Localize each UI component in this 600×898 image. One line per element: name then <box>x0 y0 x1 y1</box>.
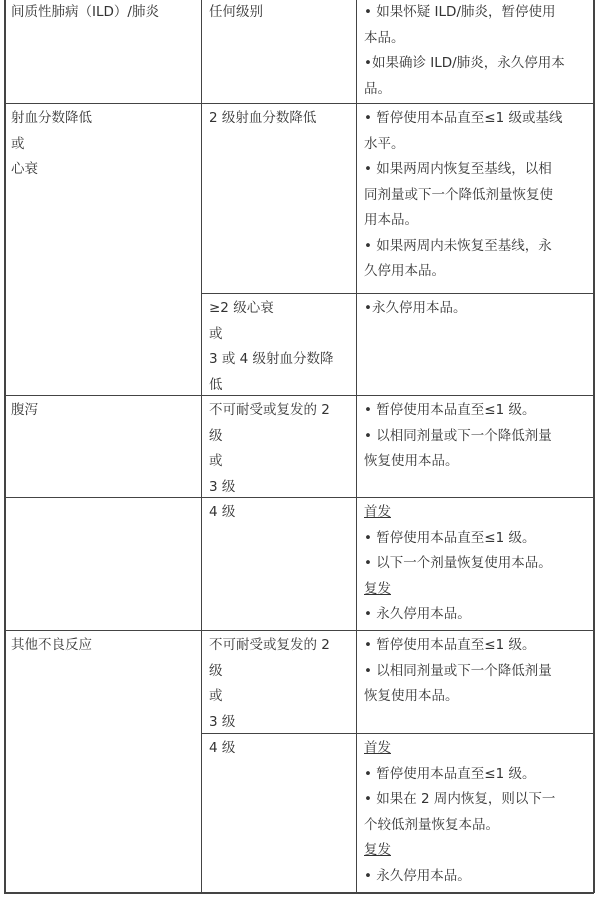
cell-text: • 暂停使用本品直至≤1 级。 <box>364 398 586 424</box>
cell-text: 或 <box>209 449 349 475</box>
cell-text: •永久停用本品。 <box>364 296 586 322</box>
reaction-cell-ef-heart-failure: 射血分数降低 或 心衰 <box>4 106 201 183</box>
reaction-cell-other: 其他不良反应 <box>4 633 201 659</box>
row-divider-1 <box>4 103 594 104</box>
cell-text: 级 <box>209 659 349 685</box>
grade-cell-diarrhea-g2-3: 不可耐受或复发的 2 级 或 3 级 <box>202 398 356 500</box>
border-bottom <box>4 892 594 894</box>
cell-text: 久停用本品。 <box>364 259 586 285</box>
cell-text: 同剂量或下一个降低剂量恢复使 <box>364 183 586 209</box>
cell-text: 水平。 <box>364 132 586 158</box>
cell-text: • 以下一个剂量恢复使用本品。 <box>364 551 586 577</box>
row-divider-2 <box>201 293 594 294</box>
subheading-first-occurrence: 首发 <box>364 736 586 762</box>
row-divider-5 <box>4 630 594 631</box>
cell-text: ≥2 级心衰 <box>209 296 349 322</box>
cell-text: 恢复使用本品。 <box>364 449 586 475</box>
cell-text: 射血分数降低 <box>11 106 194 132</box>
subheading-first-occurrence: 首发 <box>364 500 586 526</box>
cell-text: 低 <box>209 373 349 399</box>
reaction-cell-diarrhea: 腹泻 <box>4 398 201 424</box>
cell-text: 3 级 <box>209 710 349 736</box>
cell-text: 任何级别 <box>209 0 349 26</box>
cell-text: 本品。 <box>364 26 586 52</box>
cell-text: 腹泻 <box>11 398 194 424</box>
cell-text: 2 级射血分数降低 <box>209 106 349 132</box>
subheading-recurrence: 复发 <box>364 577 586 603</box>
cell-text: • 永久停用本品。 <box>364 602 586 628</box>
action-cell-ild: • 如果怀疑 ILD/肺炎，暂停使用 本品。 •如果确诊 ILD/肺炎，永久停用… <box>357 0 593 102</box>
cell-text: 用本品。 <box>364 208 586 234</box>
cell-text: 4 级 <box>209 736 349 762</box>
cell-text: 心衰 <box>11 157 194 183</box>
cell-text: 4 级 <box>209 500 349 526</box>
action-cell-grade2-ef: • 暂停使用本品直至≤1 级或基线 水平。 • 如果两周内恢复至基线，以相 同剂… <box>357 106 593 285</box>
action-cell-diarrhea-g2-3: • 暂停使用本品直至≤1 级。 • 以相同剂量或下一个降低剂量 恢复使用本品。 <box>357 398 593 475</box>
subheading-recurrence: 复发 <box>364 838 586 864</box>
cell-text: • 暂停使用本品直至≤1 级或基线 <box>364 106 586 132</box>
cell-text: 或 <box>209 684 349 710</box>
reaction-cell-ild: 间质性肺病（ILD）/肺炎 <box>4 0 201 26</box>
cell-text: 级 <box>209 424 349 450</box>
cell-text: • 以相同剂量或下一个降低剂量 <box>364 659 586 685</box>
cell-text: 间质性肺病（ILD）/肺炎 <box>11 0 194 26</box>
cell-text: • 如果两周内未恢复至基线，永 <box>364 234 586 260</box>
action-cell-other-g2-3: • 暂停使用本品直至≤1 级。 • 以相同剂量或下一个降低剂量 恢复使用本品。 <box>357 633 593 710</box>
cell-text: • 永久停用本品。 <box>364 864 586 890</box>
cell-text: • 如果两周内恢复至基线，以相 <box>364 157 586 183</box>
cell-text: • 暂停使用本品直至≤1 级。 <box>364 526 586 552</box>
cell-text: • 暂停使用本品直至≤1 级。 <box>364 633 586 659</box>
grade-cell-other-g4: 4 级 <box>202 736 356 762</box>
action-cell-diarrhea-g4: 首发 • 暂停使用本品直至≤1 级。 • 以下一个剂量恢复使用本品。 复发 • … <box>357 500 593 628</box>
cell-text: 不可耐受或复发的 2 <box>209 398 349 424</box>
cell-text: 或 <box>209 322 349 348</box>
action-cell-other-g4: 首发 • 暂停使用本品直至≤1 级。 • 如果在 2 周内恢复，则以下一 个较低… <box>357 736 593 889</box>
grade-cell-grade2-ef: 2 级射血分数降低 <box>202 106 356 132</box>
cell-text: 不可耐受或复发的 2 <box>209 633 349 659</box>
cell-text: •如果确诊 ILD/肺炎，永久停用本 <box>364 51 586 77</box>
grade-cell-any: 任何级别 <box>202 0 356 26</box>
cell-text: 其他不良反应 <box>11 633 194 659</box>
dose-modification-table: 间质性肺病（ILD）/肺炎 任何级别 • 如果怀疑 ILD/肺炎，暂停使用 本品… <box>4 0 594 893</box>
grade-cell-other-g2-3: 不可耐受或复发的 2 级 或 3 级 <box>202 633 356 735</box>
cell-text: 品。 <box>364 77 586 103</box>
border-right <box>593 0 595 893</box>
cell-text: 3 或 4 级射血分数降 <box>209 347 349 373</box>
cell-text: • 以相同剂量或下一个降低剂量 <box>364 424 586 450</box>
cell-text: 3 级 <box>209 475 349 501</box>
action-cell-hf-grade2plus: •永久停用本品。 <box>357 296 593 322</box>
cell-text: 或 <box>11 132 194 158</box>
grade-cell-diarrhea-g4: 4 级 <box>202 500 356 526</box>
cell-text: 恢复使用本品。 <box>364 684 586 710</box>
cell-text: • 如果怀疑 ILD/肺炎，暂停使用 <box>364 0 586 26</box>
cell-text: • 如果在 2 周内恢复，则以下一 <box>364 787 586 813</box>
cell-text: 个较低剂量恢复本品。 <box>364 813 586 839</box>
grade-cell-hf-grade2plus: ≥2 级心衰 或 3 或 4 级射血分数降 低 <box>202 296 356 398</box>
cell-text: • 暂停使用本品直至≤1 级。 <box>364 762 586 788</box>
